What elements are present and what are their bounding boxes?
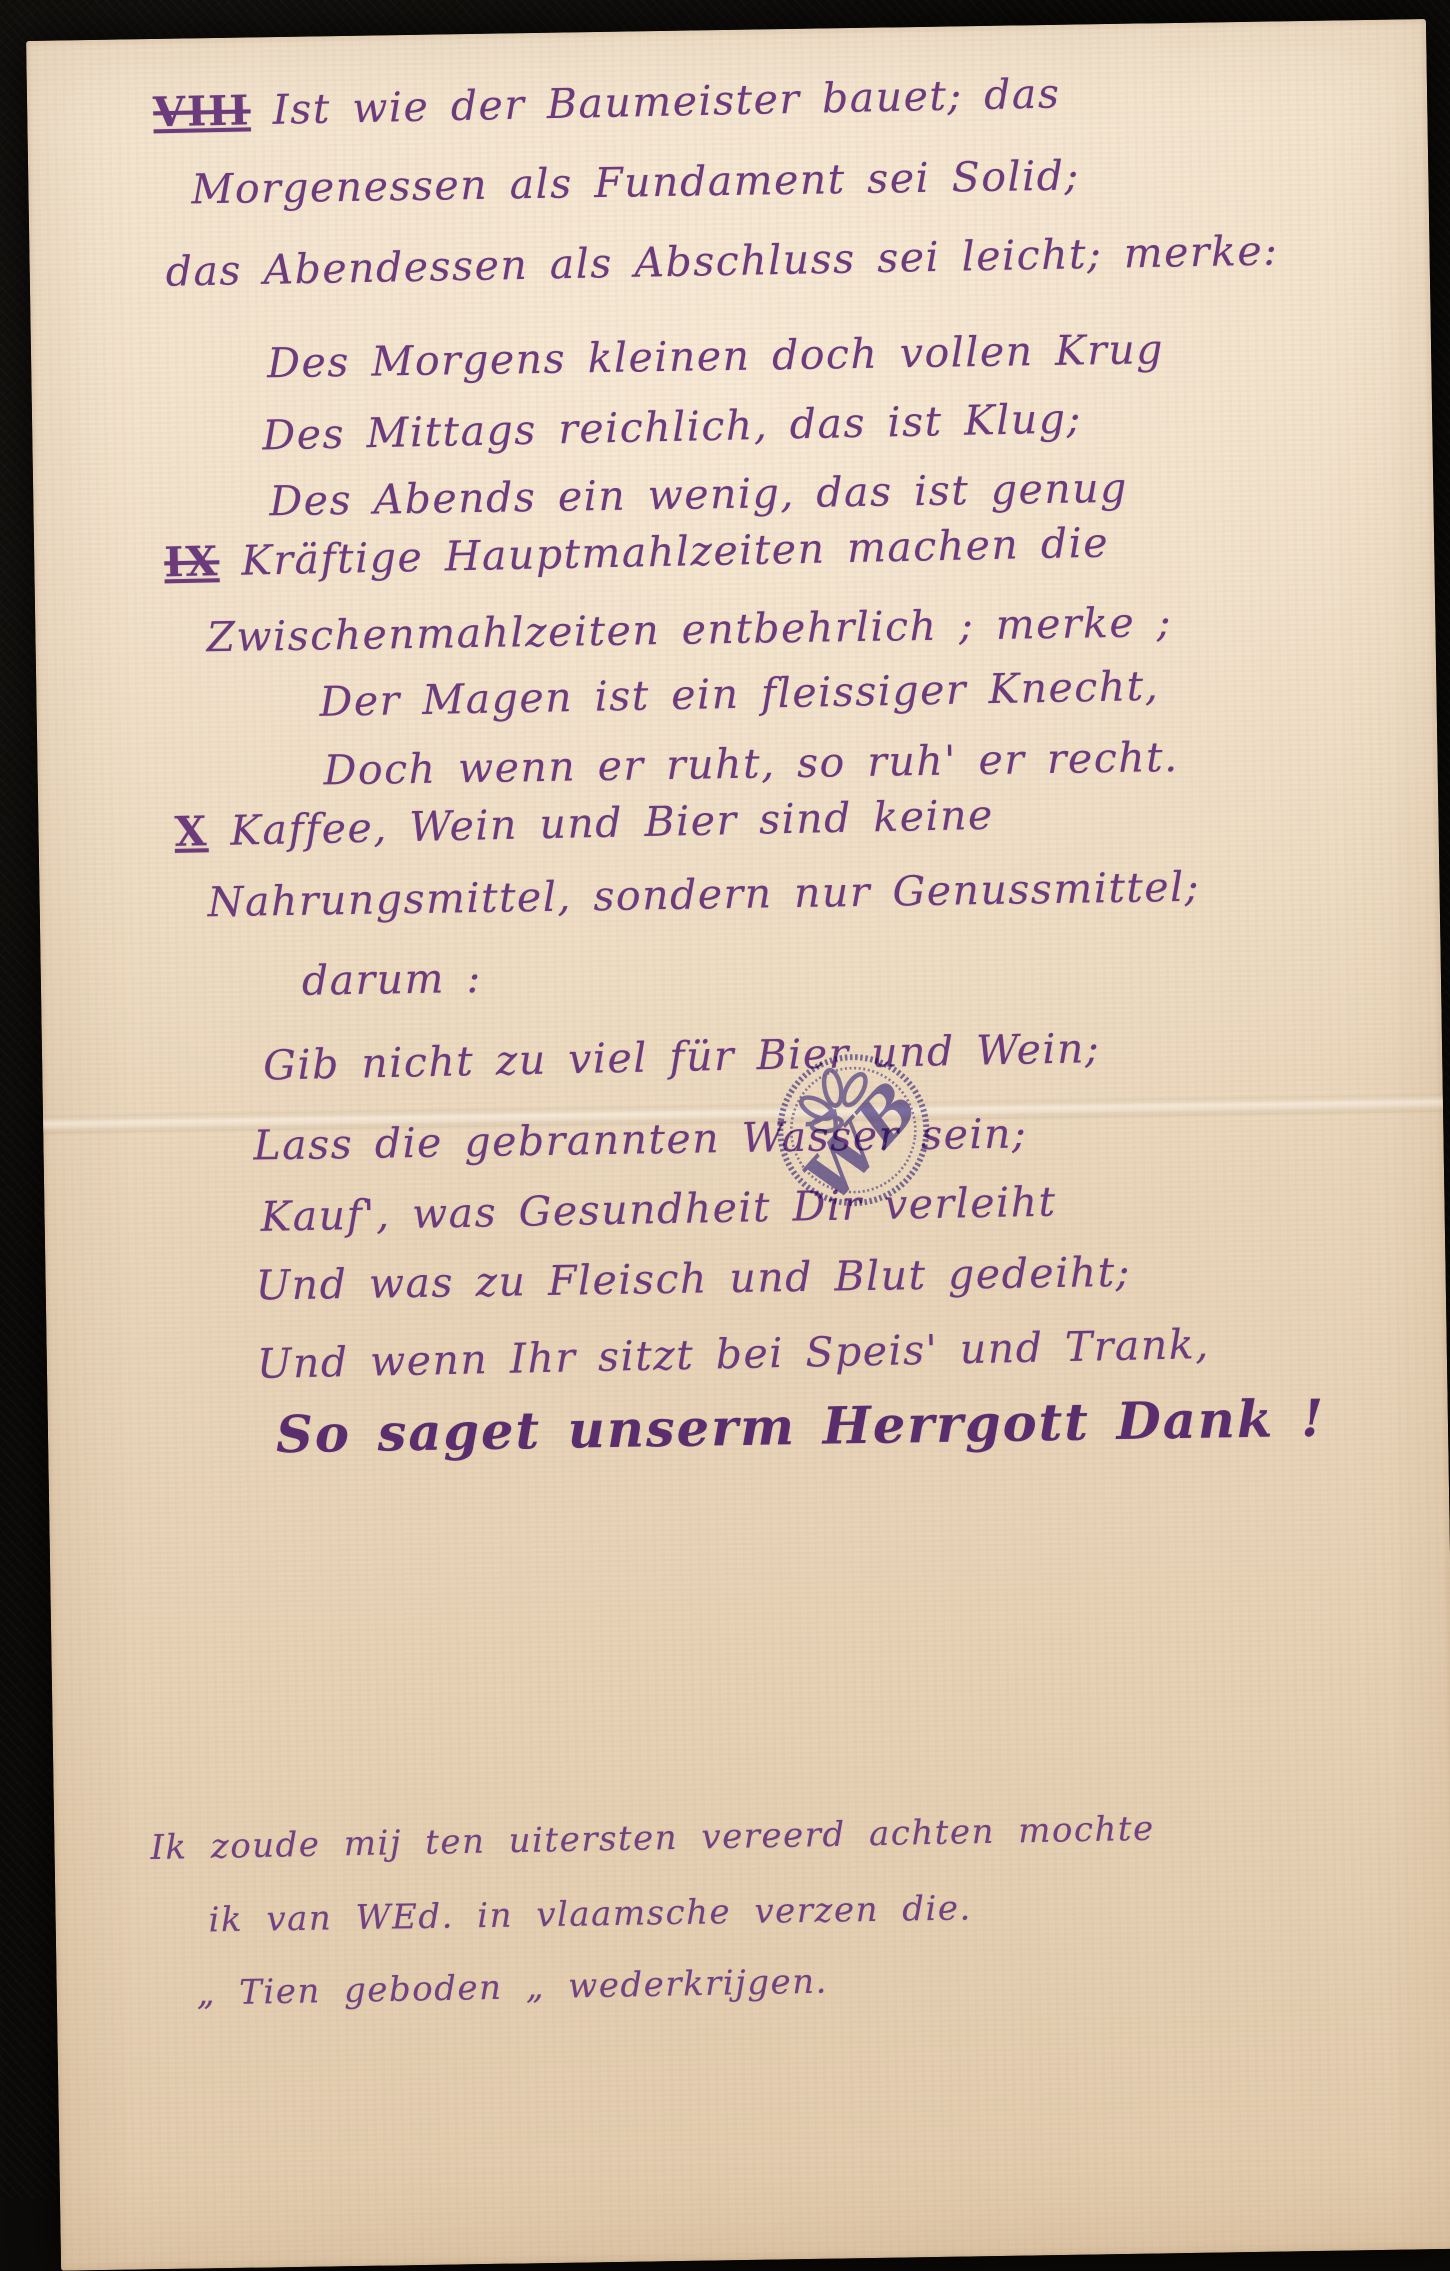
line-text: ik van WEd. in vlaamsche verzen die. (208, 1888, 972, 1940)
closing-line: Ik zoude mij ten uitersten vereerd achte… (150, 1809, 1155, 1868)
line-text: Morgenessen als Fundament sei Solid; (191, 151, 1080, 213)
section-numeral-x: X (174, 807, 209, 856)
line-text: Des Abends ein wenig, das ist genug (269, 464, 1128, 525)
line-text: das Abendessen als Abschluss sei leicht;… (165, 226, 1279, 295)
manuscript-verse-line: Des Morgens kleinen doch vollen Krug (267, 325, 1165, 387)
line-text: So saget unserm Herrgott Dank ! (276, 1389, 1326, 1465)
line-text: Und wenn Ihr sitzt bei Speis' und Trank, (256, 1320, 1210, 1388)
section-numeral-ix: IX (164, 537, 220, 586)
handwriting-layer: VIIIIst wie der Baumeister bauet; das Mo… (26, 19, 1450, 2199)
line-text: Und was zu Fleisch und Blut gedeiht; (255, 1248, 1131, 1310)
closing-line: „ Tien geboden „ wederkrijgen. (196, 1962, 828, 2014)
manuscript-verse-line: Und wenn Ihr sitzt bei Speis' und Trank, (256, 1320, 1210, 1388)
closing-line: ik van WEd. in vlaamsche verzen die. (208, 1888, 972, 1940)
manuscript-verse-line: Und was zu Fleisch und Blut gedeiht; (255, 1248, 1131, 1310)
manuscript-verse-line: Der Magen ist ein fleissiger Knecht, (319, 662, 1160, 726)
line-text: Der Magen ist ein fleissiger Knecht, (319, 662, 1160, 726)
manuscript-verse-line: Doch wenn er ruht, so ruh' er recht. (323, 733, 1179, 794)
line-text: Nahrungsmittel, sondern nur Genussmittel… (207, 863, 1200, 927)
ink-stamp: WB (764, 1041, 943, 1220)
line-text: Des Mittags reichlich, das ist Klug; (262, 394, 1082, 459)
manuscript-line: Nahrungsmittel, sondern nur Genussmittel… (207, 863, 1200, 927)
manuscript-verse-line: Des Abends ein wenig, das ist genug (269, 464, 1128, 525)
line-text: Ist wie der Baumeister bauet; das (272, 69, 1061, 133)
line-text: Kaffee, Wein und Bier sind keine (230, 791, 994, 855)
line-text: Des Morgens kleinen doch vollen Krug (267, 325, 1165, 387)
manuscript-line: Zwischenmahlzeiten entbehrlich ; merke ; (206, 598, 1172, 661)
manuscript-line: Morgenessen als Fundament sei Solid; (191, 151, 1080, 213)
manuscript-verse-line: Gib nicht zu viel für Bier und Wein; (263, 1024, 1101, 1090)
manuscript-line: XKaffee, Wein und Bier sind keine (174, 791, 994, 856)
line-text: Gib nicht zu viel für Bier und Wein; (263, 1024, 1101, 1090)
section-numeral-viii: VIII (153, 86, 251, 136)
line-text: Kräftige Hauptmahlzeiten machen die (241, 519, 1110, 585)
line-text: Kauf', was Gesundheit Dir verleiht (260, 1178, 1057, 1241)
manuscript-emphasis-line: So saget unserm Herrgott Dank ! (276, 1389, 1326, 1465)
line-text: darum : (302, 954, 483, 1005)
line-text: „ Tien geboden „ wederkrijgen. (196, 1962, 828, 2014)
line-text: Doch wenn er ruht, so ruh' er recht. (323, 733, 1179, 794)
manuscript-verse-line: Des Mittags reichlich, das ist Klug; (262, 394, 1082, 459)
manuscript-line: das Abendessen als Abschluss sei leicht;… (165, 226, 1279, 295)
line-text: Zwischenmahlzeiten entbehrlich ; merke ; (206, 598, 1172, 661)
manuscript-line: darum : (302, 954, 483, 1005)
manuscript-verse-line: Kauf', was Gesundheit Dir verleiht (260, 1178, 1057, 1241)
manuscript-page: VIIIIst wie der Baumeister bauet; das Mo… (26, 19, 1450, 2199)
manuscript-line: IXKräftige Hauptmahlzeiten machen die (164, 519, 1110, 587)
line-text: Ik zoude mij ten uitersten vereerd achte… (150, 1809, 1155, 1868)
manuscript-line: VIIIIst wie der Baumeister bauet; das (153, 69, 1061, 136)
